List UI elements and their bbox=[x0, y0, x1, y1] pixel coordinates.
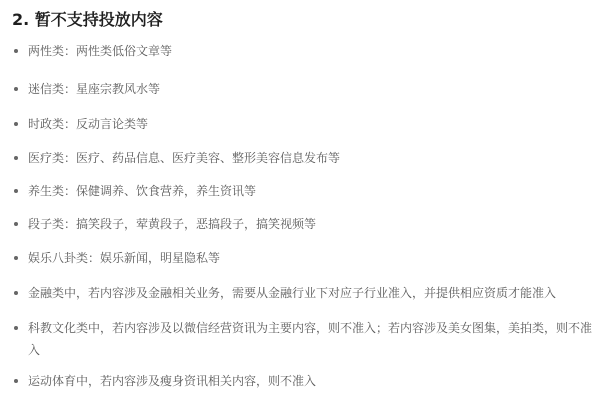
bullet-icon bbox=[14, 189, 18, 193]
list-item-text: 金融类中，若内容涉及金融相关业务，需要从金融行业下对应子行业准入，并提供相应资质… bbox=[28, 282, 596, 304]
list-item-text: 医疗类：医疗、药品信息、医疗美容、整形美容信息发布等 bbox=[28, 147, 596, 169]
bullet-icon bbox=[14, 122, 18, 126]
list-item-text: 运动体育中，若内容涉及瘦身资讯相关内容，则不准入 bbox=[28, 370, 596, 392]
list-item-text: 时政类：反动言论类等 bbox=[28, 113, 596, 135]
list-item-health: 养生类：保健调养、饮食营养，养生资讯等 bbox=[14, 180, 596, 202]
list-item-sports: 运动体育中，若内容涉及瘦身资讯相关内容，则不准入 bbox=[14, 370, 596, 392]
list-item-medical: 医疗类：医疗、药品信息、医疗美容、整形美容信息发布等 bbox=[14, 147, 596, 169]
bullet-icon bbox=[14, 222, 18, 226]
list-item-jokes: 段子类：搞笑段子，荤黄段子，恶搞段子，搞笑视频等 bbox=[14, 213, 596, 235]
list-item-text: 段子类：搞笑段子，荤黄段子，恶搞段子，搞笑视频等 bbox=[28, 213, 596, 235]
bullet-icon bbox=[14, 256, 18, 260]
list-item-sexual: 两性类：两性类低俗文章等 bbox=[14, 40, 596, 62]
list-item-text: 迷信类：星座宗教风水等 bbox=[28, 78, 596, 100]
bullet-icon bbox=[14, 326, 18, 330]
list-item-education-culture: 科教文化类中，若内容涉及以微信经营资讯为主要内容，则不准入；若内容涉及美女图集，… bbox=[14, 317, 596, 361]
list-item-politics: 时政类：反动言论类等 bbox=[14, 113, 596, 135]
list-item-gossip: 娱乐八卦类：娱乐新闻，明星隐私等 bbox=[14, 247, 596, 269]
list-item-finance: 金融类中，若内容涉及金融相关业务，需要从金融行业下对应子行业准入，并提供相应资质… bbox=[14, 282, 596, 304]
bullet-icon bbox=[14, 379, 18, 383]
list-item-text: 两性类：两性类低俗文章等 bbox=[28, 40, 596, 62]
bullet-icon bbox=[14, 291, 18, 295]
bullet-icon bbox=[14, 87, 18, 91]
list-item-text: 科教文化类中，若内容涉及以微信经营资讯为主要内容，则不准入；若内容涉及美女图集，… bbox=[28, 317, 596, 361]
bullet-icon bbox=[14, 49, 18, 53]
list-item-text: 养生类：保健调养、饮食营养，养生资讯等 bbox=[28, 180, 596, 202]
bullet-icon bbox=[14, 156, 18, 160]
section-title: 2. 暂不支持投放内容 bbox=[12, 9, 163, 31]
list-item-superstition: 迷信类：星座宗教风水等 bbox=[14, 78, 596, 100]
list-item-text: 娱乐八卦类：娱乐新闻，明星隐私等 bbox=[28, 247, 596, 269]
